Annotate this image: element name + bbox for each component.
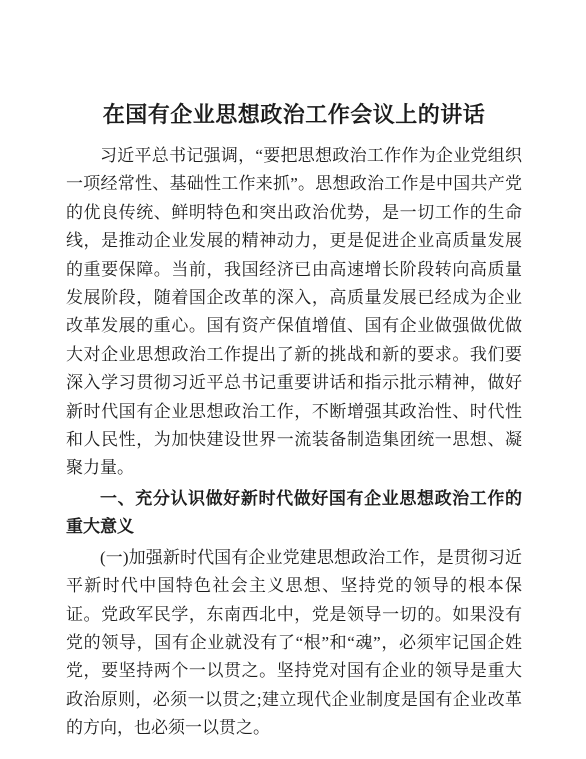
paragraph-intro: 习近平总书记强调，“要把思想政治工作作为企业党组织一项经常性、基础性工作来抓”。… bbox=[66, 142, 522, 483]
paragraph-section-1-item-1: (一)加强新时代国有企业党建思想政治工作，是贯彻习近平新时代中国特色社会主义思想… bbox=[66, 544, 522, 743]
section-heading-1: 一、充分认识做好新时代做好国有企业思想政治工作的重大意义 bbox=[66, 485, 522, 542]
document-title: 在国有企业思想政治工作会议上的讲话 bbox=[66, 100, 522, 130]
document-page: 在国有企业思想政治工作会议上的讲话 习近平总书记强调，“要把思想政治工作作为企业… bbox=[0, 0, 586, 759]
